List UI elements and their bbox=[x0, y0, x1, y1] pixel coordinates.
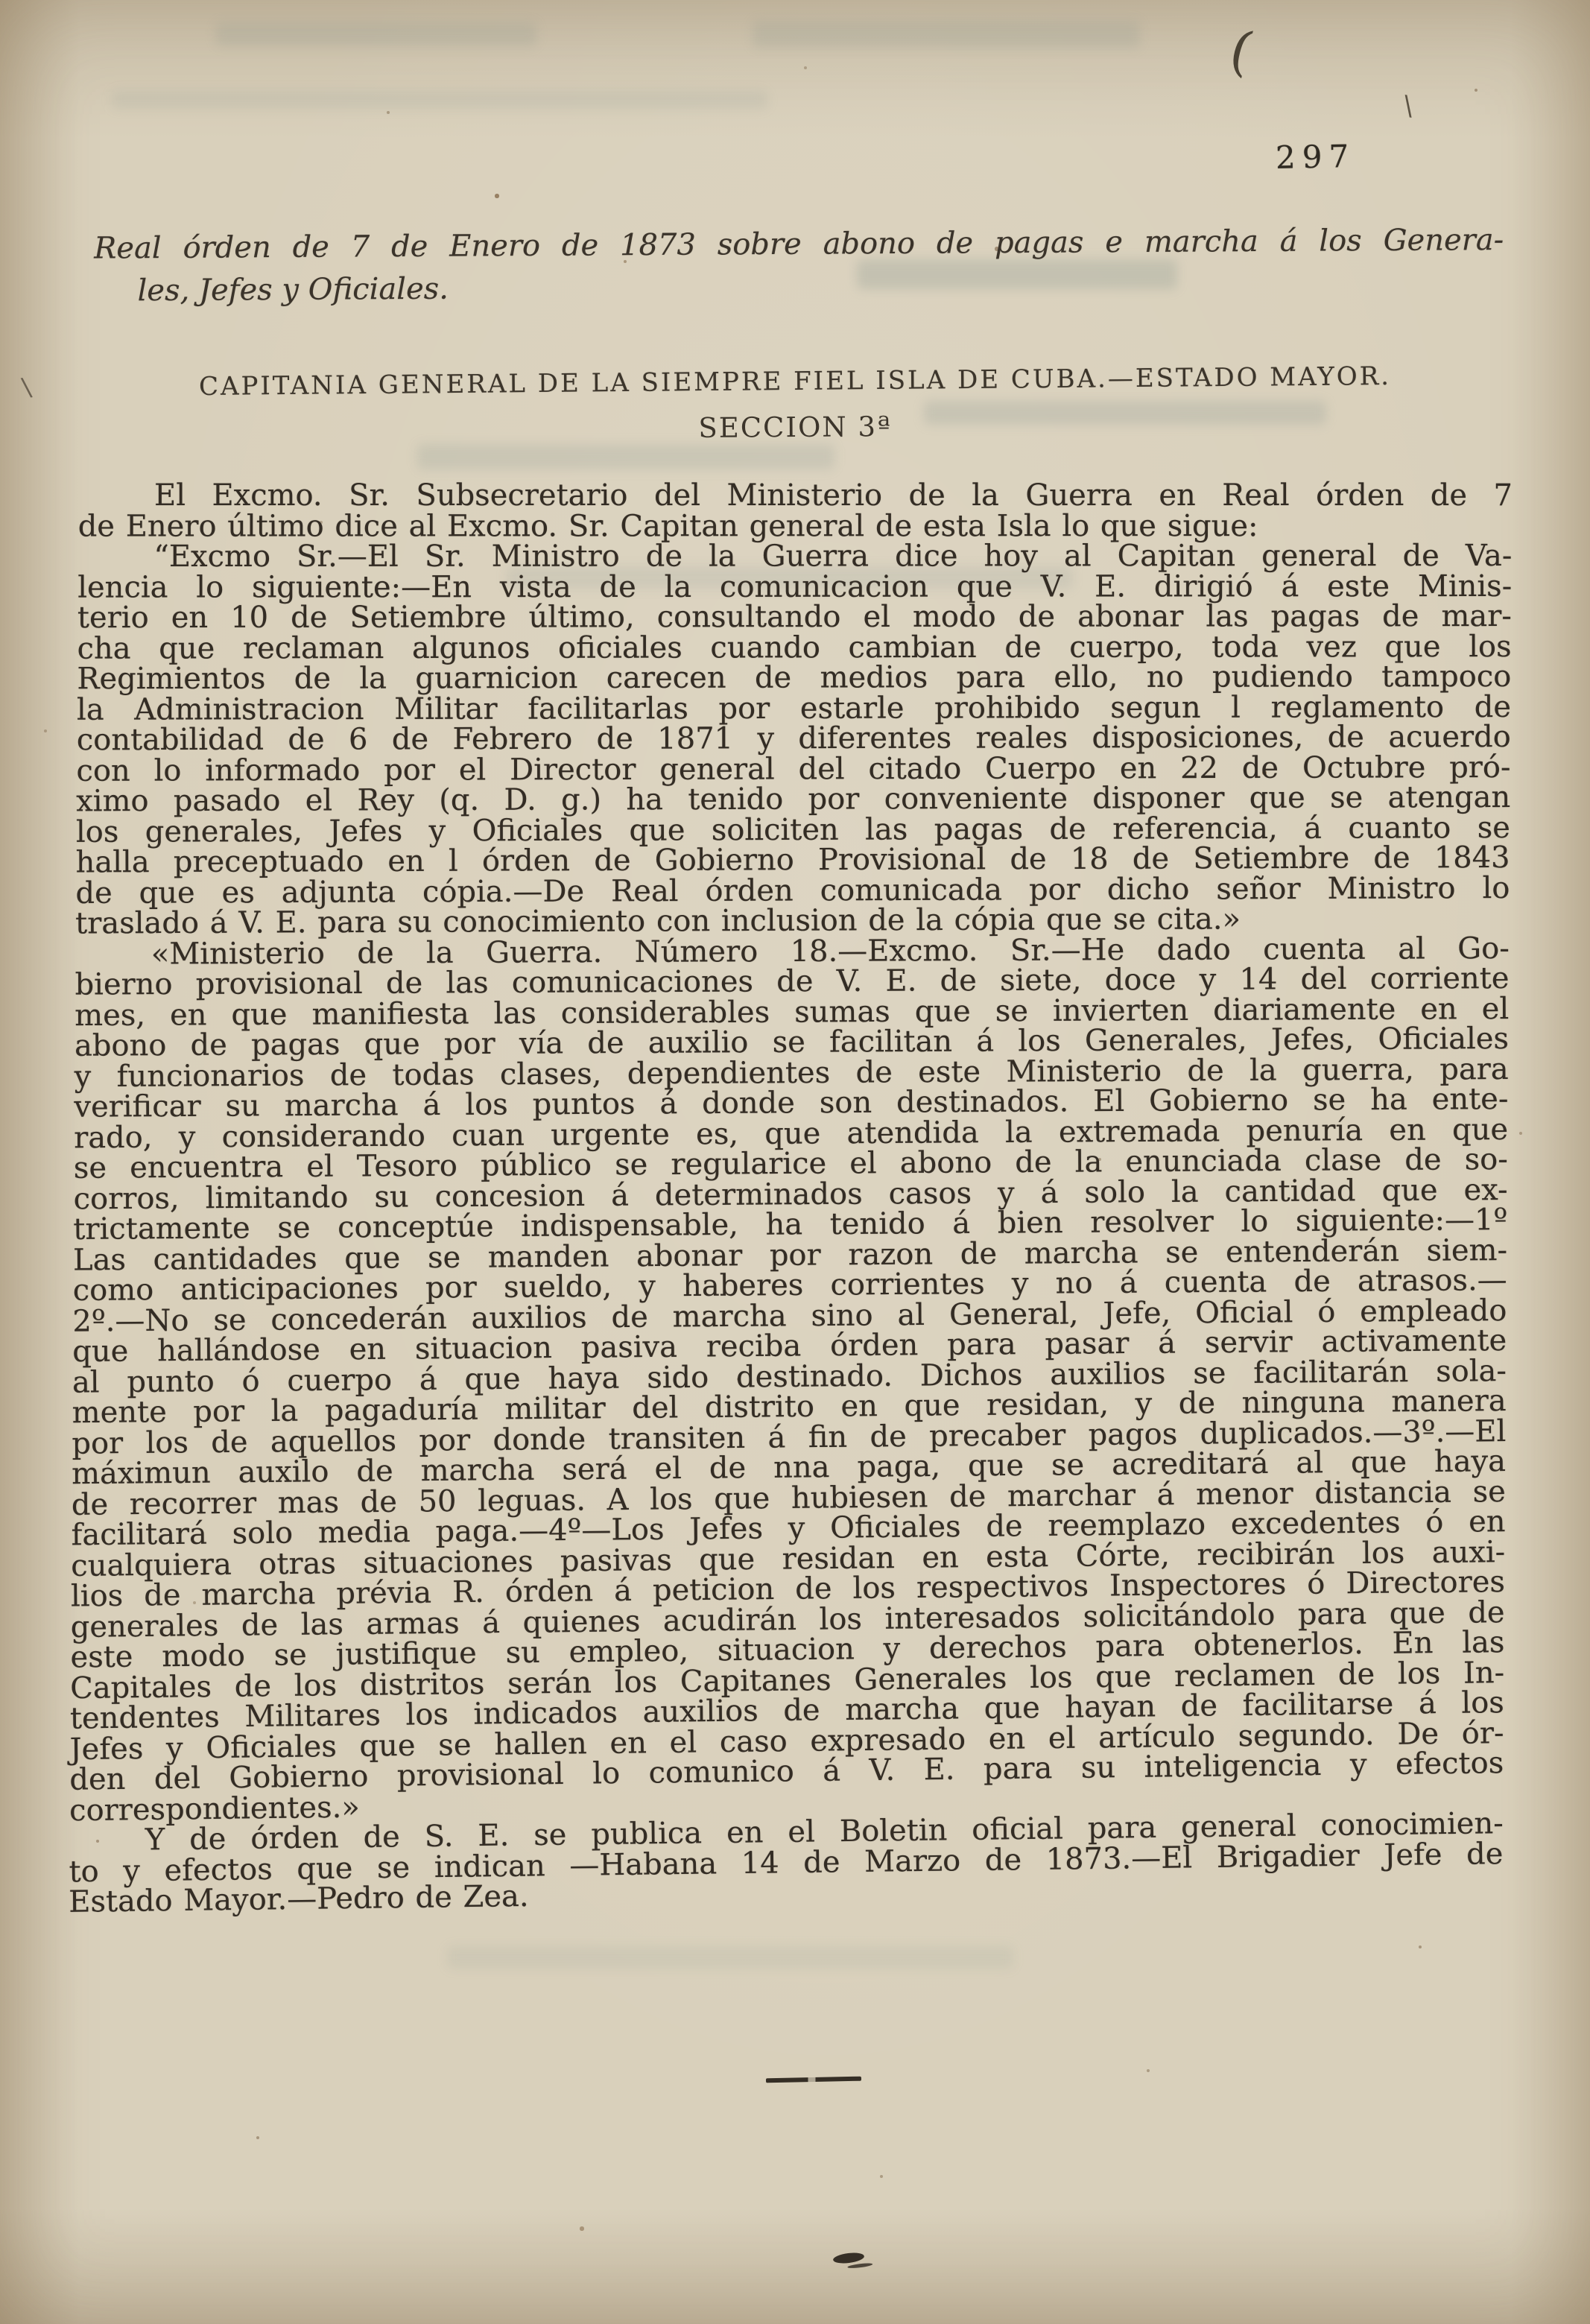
bleedthrough-smudge bbox=[447, 1946, 1013, 1969]
body-line: terio en 10 de Setiembre último, consult… bbox=[77, 601, 1512, 633]
heading-line: les, Jefes y Oficiales. bbox=[94, 262, 1504, 313]
body-line: de Enero último dice al Excmo. Sr. Capit… bbox=[78, 511, 1513, 542]
body-line: El Excmo. Sr. Subsecretario del Minister… bbox=[78, 481, 1513, 511]
paper-specks bbox=[0, 0, 1, 1]
scanned-document-page: ( \ \ 297 Real órden de 7 de Enero de 18… bbox=[0, 0, 1590, 2324]
ink-mark: ( bbox=[1223, 18, 1259, 83]
section-title: SECCION 3ª bbox=[0, 406, 1590, 449]
heading-line: Real órden de 7 de Enero de 1873 sobre a… bbox=[94, 219, 1504, 270]
bleedthrough-smudge bbox=[216, 22, 536, 46]
divider-rule bbox=[766, 2077, 861, 2083]
ink-blot bbox=[832, 2251, 864, 2264]
ink-mark: \ bbox=[1402, 90, 1414, 121]
body-line: cha que reclaman algunos oficiales cuand… bbox=[77, 632, 1512, 664]
page-number: 297 bbox=[1276, 138, 1356, 176]
masthead-title: CAPITANIA GENERAL DE LA SIEMPRE FIEL ISL… bbox=[0, 360, 1590, 404]
bleedthrough-smudge bbox=[112, 91, 767, 109]
bleedthrough-smudge bbox=[753, 21, 1140, 48]
body-text: El Excmo. Sr. Subsecretario del Minister… bbox=[78, 481, 1513, 1899]
document-heading: Real órden de 7 de Enero de 1873 sobre a… bbox=[94, 219, 1504, 313]
body-line: “Excmo Sr.—El Sr. Ministro de la Guerra … bbox=[77, 541, 1512, 572]
bleedthrough-smudge bbox=[417, 444, 834, 469]
body-line: lencia lo siguiente:—En vista de la comu… bbox=[77, 571, 1512, 603]
body-line: Regimientos de la guarnicion carecen de … bbox=[77, 662, 1511, 694]
